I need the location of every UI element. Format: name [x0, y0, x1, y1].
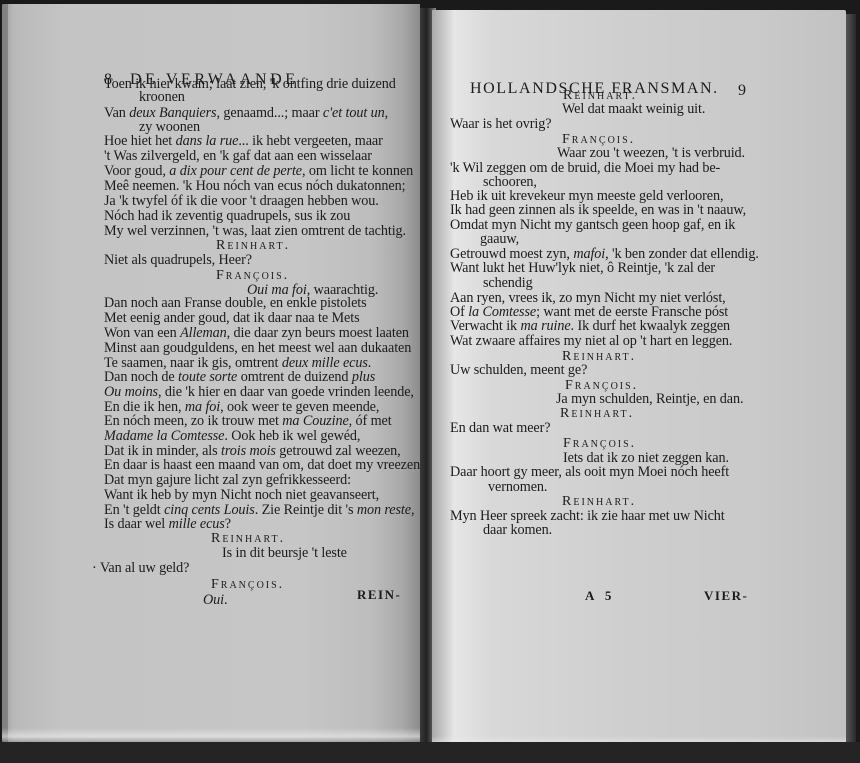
speaker-name: Reinhart.	[562, 494, 636, 509]
italic-phrase: Ou moins	[104, 384, 158, 400]
verse-line: Daar hoort gy meer, als ooit myn Moei nó…	[450, 465, 729, 480]
verse-line: Want lukt het Huw'lyk niet, ô Reintje, '…	[450, 261, 715, 276]
verse-line: Voor goud, a dix pour cent de perte, om …	[104, 164, 413, 179]
verse-line: schendig	[483, 276, 533, 291]
verse-line: Want ik heb by myn Nicht noch niet geava…	[104, 488, 379, 503]
text-run: Reinhart.	[211, 531, 285, 546]
text-run: Van	[104, 105, 129, 121]
verse-line: Waar is het ovrig?	[450, 117, 551, 132]
italic-phrase: mon reste	[357, 502, 411, 518]
speaker-name: Reinhart.	[211, 531, 285, 546]
text-run: Ik had geen zinnen als ik speelde, en wa…	[450, 202, 746, 218]
text-run: Won van een	[104, 325, 180, 341]
signature-mark: A 5	[585, 588, 615, 604]
verse-line: Won van een Alleman, die daar zyn beurs …	[104, 326, 409, 341]
speaker-name: Reinhart.	[560, 406, 634, 421]
verse-line: En dan wat meer?	[450, 421, 550, 436]
verse-line: Oui.	[203, 593, 227, 608]
text-run: Niet als quadrupels, Heer?	[104, 252, 252, 268]
verse-line: Is daar wel mille ecus?	[104, 517, 231, 532]
verse-line: Ja myn schulden, Reintje, en dan.	[556, 392, 743, 407]
text-run: ... ik hebt vergeeten, maar	[238, 133, 382, 149]
text-run: Met eenig ander goud, dat ik daar naa te…	[104, 310, 360, 326]
verse-line: Niet als quadrupels, Heer?	[104, 253, 252, 268]
text-run: ,	[411, 502, 414, 518]
table-surface	[0, 742, 860, 763]
verse-line: Wat zwaare affaires my niet al op 't har…	[450, 334, 732, 349]
speaker-name: François.	[211, 577, 284, 592]
left-catchword: REIN-	[357, 587, 401, 603]
text-run: Reinhart.	[216, 238, 290, 253]
text-run: Dan noch aan Franse double, en enkle pis…	[104, 295, 367, 311]
text-run: Waar zou 't weezen, 't is verbruid.	[557, 145, 745, 161]
italic-phrase: ma ruine	[521, 318, 571, 334]
verse-line: Uw schulden, meent ge?	[450, 363, 587, 378]
deckle-edge	[2, 728, 420, 742]
text-run: Wel dat maakt weinig uit.	[562, 101, 705, 117]
text-run: Hoe hiet het	[104, 133, 176, 149]
text-run: Reinhart.	[562, 494, 636, 509]
text-run: omtrent de duizend	[237, 369, 352, 385]
italic-phrase: dans la rue	[176, 133, 239, 149]
text-run: Dan noch de	[104, 369, 178, 385]
text-run: Want lukt het Huw'lyk niet, ô Reintje, '…	[450, 260, 715, 276]
text-run: Reinhart.	[560, 406, 634, 421]
text-run: , om licht te konnen	[302, 163, 413, 179]
text-run: En daar is haast een maand van om, dat d…	[104, 457, 420, 473]
text-run: , óf met	[349, 413, 392, 429]
open-book: 8 DE VERWAANDE Toen ik hier kwam; laat z…	[0, 0, 860, 763]
verse-line: My wel verzinnen, 't was, laat zien omtr…	[104, 224, 406, 239]
italic-phrase: Alleman	[180, 325, 227, 341]
text-run: En dan wat meer?	[450, 420, 550, 436]
text-run: gaauw,	[480, 231, 519, 247]
verse-line: kroonen	[139, 90, 185, 105]
speaker-name: Reinhart.	[216, 238, 290, 253]
text-run: , genaamd...; maar	[216, 105, 322, 121]
verse-line: Met eenig ander goud, dat ik daar naa te…	[104, 311, 360, 326]
text-run: Is in dit beursje 't leste	[222, 545, 347, 561]
verse-line: En daar is haast een maand van om, dat d…	[104, 458, 420, 473]
text-run: Nóch had ik zeventig quadrupels, sus ik …	[104, 208, 350, 224]
verse-line: Is in dit beursje 't leste	[222, 546, 347, 561]
text-run: En nóch meen, zo ik trouw met	[104, 413, 282, 429]
italic-phrase: Madame la Comtesse	[104, 428, 224, 444]
italic-phrase: toute sorte	[178, 369, 237, 385]
text-run: My wel verzinnen, 't was, laat zien omtr…	[104, 223, 406, 239]
speaker-name: François.	[216, 268, 289, 283]
verse-line: Meê neemen. 'k Hou nóch van ecus nóch du…	[104, 179, 405, 194]
italic-phrase: a dix pour cent de perte	[169, 163, 302, 179]
text-run: Minst aan goudguldens, en het meest wel …	[104, 340, 411, 356]
text-run: Is daar wel	[104, 516, 169, 532]
verse-line: daar komen.	[483, 523, 552, 538]
verse-line: En nóch meen, zo ik trouw met ma Couzine…	[104, 414, 392, 429]
text-run: .	[224, 592, 227, 608]
text-run: daar komen.	[483, 522, 552, 538]
verse-line: Dat myn gajure licht zal zyn gefrikkesse…	[104, 473, 351, 488]
text-run: ,	[385, 105, 388, 121]
text-run: . Ik durf het kwaalyk zeggen	[571, 318, 731, 334]
text-run: vernomen.	[488, 479, 547, 495]
text-run: Want ik heb by myn Nicht noch niet geava…	[104, 487, 379, 503]
text-run: Waar is het ovrig?	[450, 116, 551, 132]
text-run: François.	[211, 577, 284, 592]
book-edge	[846, 14, 856, 750]
text-run: François.	[216, 268, 289, 283]
verse-line: Dan noch aan Franse double, en enkle pis…	[104, 296, 367, 311]
right-page-number: 9	[738, 82, 746, 100]
verse-line: vernomen.	[488, 480, 547, 495]
verse-line: Madame la Comtesse. Ook heb ik wel gewéd…	[104, 429, 360, 444]
italic-phrase: Oui	[203, 592, 224, 608]
verse-line: Waar zou 't weezen, 't is verbruid.	[557, 146, 745, 161]
verse-line: Ik had geen zinnen als ik speelde, en wa…	[450, 203, 746, 218]
italic-phrase: ma Couzine	[282, 413, 348, 429]
verse-line: Minst aan goudguldens, en het meest wel …	[104, 341, 411, 356]
text-run: Ja myn schulden, Reintje, en dan.	[556, 391, 743, 407]
text-run: kroonen	[139, 89, 185, 105]
verse-line: Ja 'k twyfel óf ik die voor 't draagen h…	[104, 194, 379, 209]
text-run: ?	[225, 516, 231, 532]
right-catchword: VIER-	[704, 588, 748, 604]
italic-phrase: plus	[352, 369, 375, 385]
text-run: Voor goud,	[104, 163, 169, 179]
text-run: , die 'k hier en daar van goede vrinden …	[158, 384, 414, 400]
text-run: François.	[563, 436, 636, 451]
verse-line: Hoe hiet het dans la rue... ik hebt verg…	[104, 134, 383, 149]
verse-line: Dan noch de toute sorte omtrent de duize…	[104, 370, 375, 385]
speaker-name: François.	[563, 436, 636, 451]
text-run: Verwacht ik	[450, 318, 521, 334]
page-edge	[2, 4, 8, 742]
verse-line: 't Was zilvergeld, en 'k gaf dat aan een…	[104, 149, 372, 164]
text-run: 't Was zilvergeld, en 'k gaf dat aan een…	[104, 148, 372, 164]
text-run: , die daar zyn beurs moest laaten	[227, 325, 409, 341]
text-run: Dat myn gajure licht zal zyn gefrikkesse…	[104, 472, 351, 488]
verse-line: Nóch had ik zeventig quadrupels, sus ik …	[104, 209, 350, 224]
verse-line: Verwacht ik ma ruine. Ik durf het kwaaly…	[450, 319, 730, 334]
text-run: schendig	[483, 275, 533, 291]
text-run: · Van al uw geld?	[92, 560, 189, 576]
italic-phrase: mille ecus	[169, 516, 225, 532]
text-run: Daar hoort gy meer, als ooit myn Moei nó…	[450, 464, 729, 480]
italic-phrase: c'et tout un	[323, 105, 385, 121]
verse-line: · Van al uw geld?	[92, 561, 189, 576]
verse-line: Ou moins, die 'k hier en daar van goede …	[104, 385, 414, 400]
text-run: Ja 'k twyfel óf ik die voor 't draagen h…	[104, 193, 379, 209]
verse-line: gaauw,	[480, 232, 519, 247]
text-run: Meê neemen. 'k Hou nóch van ecus nóch du…	[104, 178, 405, 194]
text-run: . Zie Reintje dit 's	[255, 502, 357, 518]
text-run: Wat zwaare affaires my niet al op 't har…	[450, 333, 732, 349]
text-run: Uw schulden, meent ge?	[450, 362, 587, 378]
verse-line: Wel dat maakt weinig uit.	[562, 102, 705, 117]
text-run: . Ook heb ik wel gewéd,	[224, 428, 360, 444]
